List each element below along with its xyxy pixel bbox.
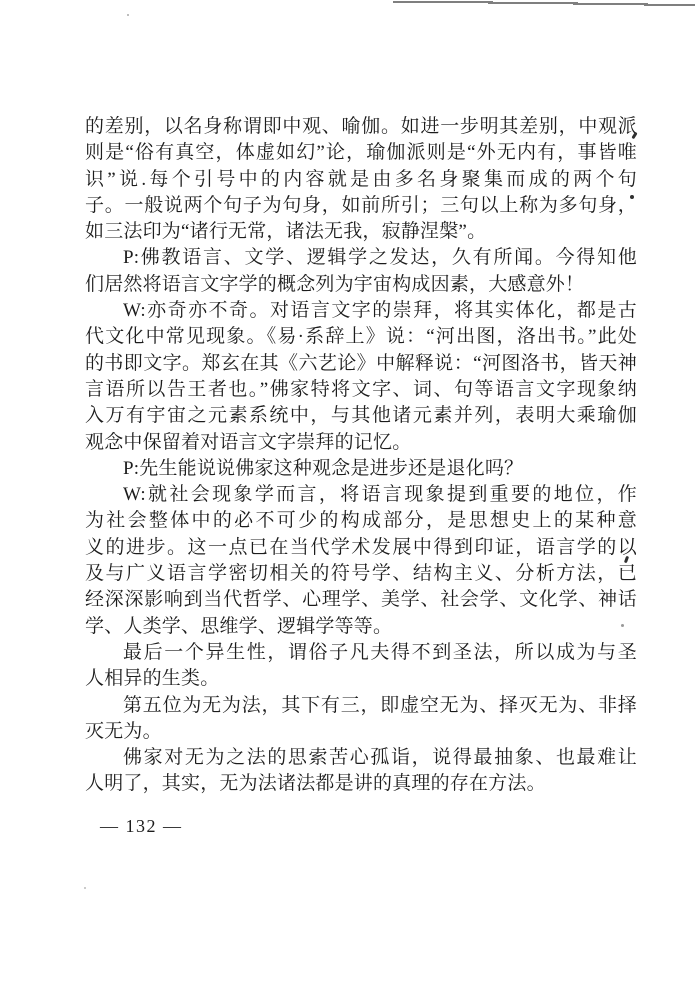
text-line: 观念中保留着对语言文字崇拜的记忆。 (85, 430, 637, 456)
page-text: 的差别，以名身称谓即中观、喻伽。如进一步明其差别，中观派则是“俗有真空，体虚如幻… (85, 114, 637, 798)
text-line: 经深深影响到当代哲学、心理学、美学、社会学、文化学、神话 (85, 587, 637, 613)
text-line: P:佛教语言、文学、逻辑学之发达，久有所闻。今得知他 (85, 245, 637, 271)
scanned-book-page: 的差别，以名身称谓即中观、喻伽。如进一步明其差别，中观派则是“俗有真空，体虚如幻… (0, 0, 695, 983)
text-line: 的书即文字。郑玄在其《六艺论》中解释说：“河图洛书，皆天神 (85, 351, 637, 377)
text-line: P:先生能说说佛家这种观念是进步还是退化吗？ (85, 456, 637, 482)
text-line: 如三法印为“诸行无常，诸法无我，寂静涅槃”。 (85, 219, 637, 245)
scan-edge-line (488, 2, 578, 4)
text-line: 及与广义语言学密切相关的符号学、结构主义、分析方法，已 (85, 561, 637, 587)
text-line: 入万有宇宙之元素系统中，与其他诸元素并列，表明大乘瑜伽 (85, 403, 637, 429)
text-line: 子。一般说两个句子为句身，如前所引；三句以上称为多句身， (85, 193, 637, 219)
text-line: 义的进步。这一点已在当代学术发展中得到印证，语言学的以 (85, 535, 637, 561)
text-line: 的差别，以名身称谓即中观、喻伽。如进一步明其差别，中观派 (85, 114, 637, 140)
scan-edge-line (644, 4, 695, 6)
text-line: 为社会整体中的必不可少的构成部分，是思想史上的某种意 (85, 508, 637, 534)
text-line: 则是“俗有真空，体虚如幻”论，瑜伽派则是“外无内有，事皆唯 (85, 140, 637, 166)
text-line: 言语所以告王者也。”佛家特将文字、词、句等语言文字现象纳 (85, 377, 637, 403)
scan-edge-line (393, 1, 493, 3)
text-line: 佛家对无为之法的思索苦心孤诣，说得最抽象、也最难让 (85, 745, 637, 771)
text-line: 最后一个异生性，谓俗子凡夫得不到圣法，所以成为与圣 (85, 640, 637, 666)
text-line: W:亦奇亦不奇。对语言文字的崇拜，将其实体化，都是古 (85, 298, 637, 324)
scan-speck (127, 14, 129, 16)
text-line: 灭无为。 (85, 719, 637, 745)
page-number: — 132 — (100, 816, 183, 837)
scan-edge-line (573, 3, 648, 5)
scan-speck (621, 624, 624, 627)
text-line: 代文化中常见现象。《易·系辞上》说：“河出图，洛出书。”此处 (85, 324, 637, 350)
scan-speck (84, 887, 86, 889)
text-line: 人明了，其实，无为法诸法都是讲的真理的存在方法。 (85, 771, 637, 797)
text-line: 们居然将语言文字学的概念列为宇宙构成因素，大感意外！ (85, 272, 637, 298)
text-line: 人相异的生类。 (85, 666, 637, 692)
text-line: 识”说.每个引号中的内容就是由多名身聚集而成的两个句 (85, 167, 637, 193)
text-line: 学、人类学、思维学、逻辑学等等。 (85, 614, 637, 640)
scan-speck (630, 195, 634, 199)
text-line: W:就社会现象学而言，将语言现象提到重要的地位，作 (85, 482, 637, 508)
text-line: 第五位为无为法，其下有三，即虚空无为、择灭无为、非择 (85, 693, 637, 719)
